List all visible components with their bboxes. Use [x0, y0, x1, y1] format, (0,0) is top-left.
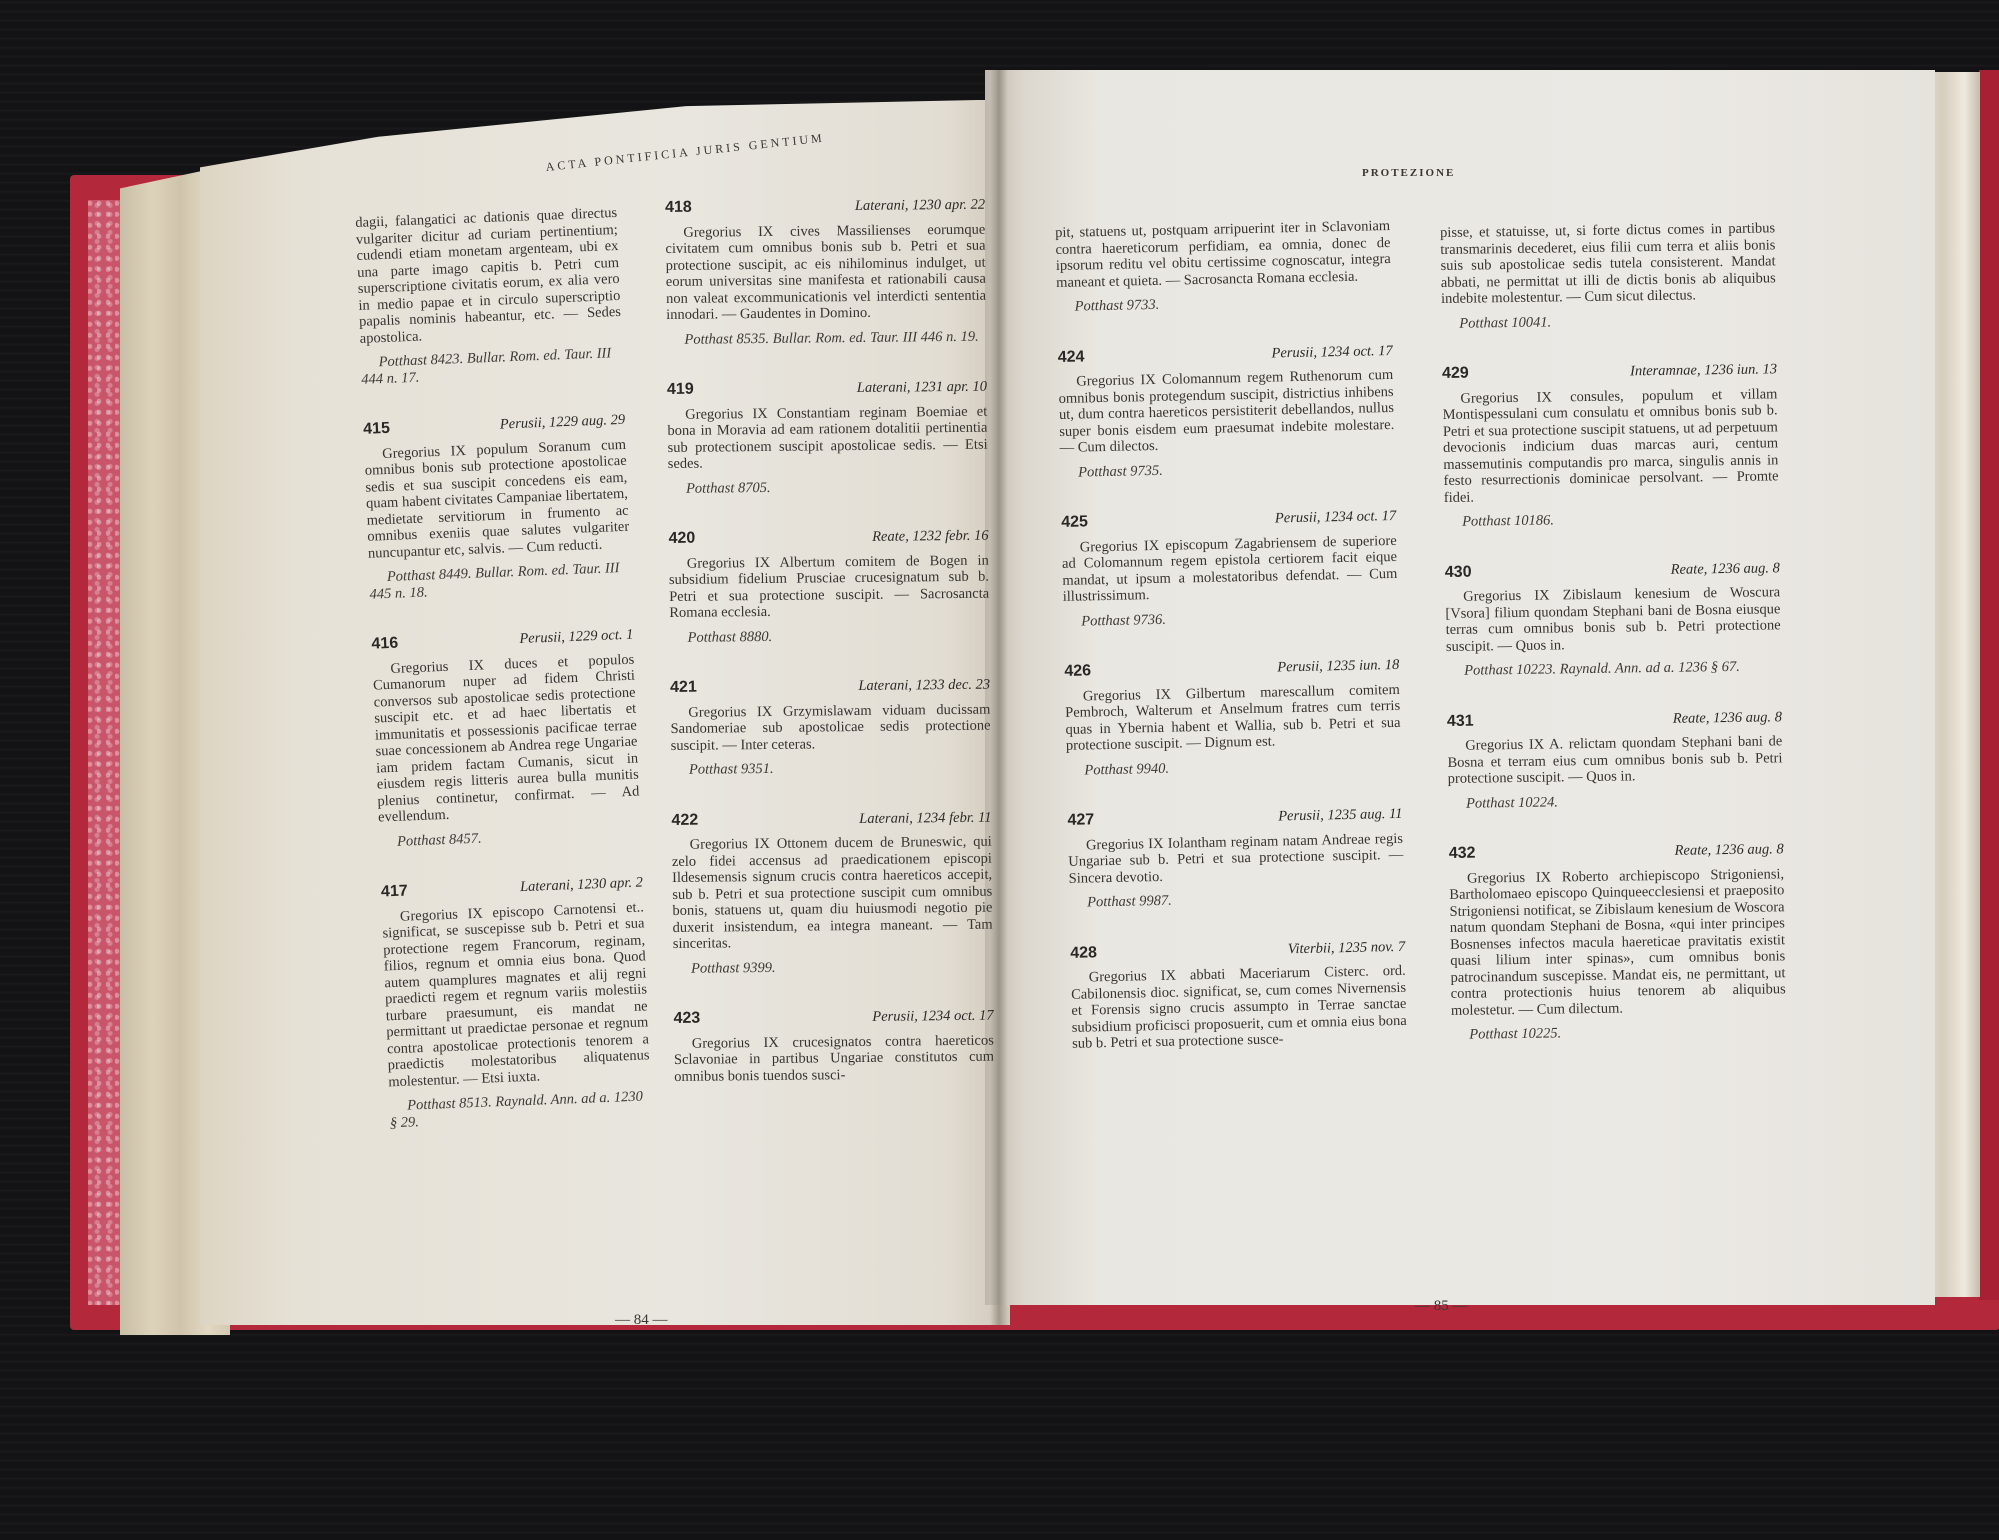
entry-423: 423 Perusii, 1234 oct. 17 Gregorius IX c… — [673, 1008, 994, 1085]
entry-reference: Potthast 10186. — [1444, 509, 1779, 530]
entry-place-date: Reate, 1236 aug. 8 — [1671, 560, 1780, 578]
entry-body: Gregorius IX Roberto archiepiscopo Strig… — [1449, 866, 1786, 1019]
entry-body: Gregorius IX crucesignatos contra haeret… — [674, 1032, 995, 1085]
entry-number: 423 — [673, 1011, 700, 1028]
entry-place-date: Laterani, 1231 apr. 10 — [857, 379, 987, 397]
entry-reference: Potthast 9987. — [1069, 888, 1404, 912]
entry-body: Gregorius IX populum Soranum cum omnibus… — [364, 436, 630, 561]
entry-number: 415 — [363, 421, 390, 439]
continuation-text: dagii, falangatici ac dationis quae dire… — [355, 205, 622, 347]
entry-reference: Potthast 8880. — [669, 626, 989, 646]
entry-number: 419 — [667, 382, 694, 399]
entry-place-date: Viterbii, 1235 nov. 7 — [1288, 938, 1406, 957]
entry-number: 425 — [1061, 514, 1088, 531]
entry-body: Gregorius IX Iolantham reginam natam And… — [1068, 830, 1404, 887]
entry-reference: Potthast 8457. — [379, 824, 641, 851]
entry-418: 418 Laterani, 1230 apr. 22 Gregorius IX … — [665, 197, 987, 348]
entry-416: 416 Perusii, 1229 oct. 1 Gregorius IX du… — [371, 627, 641, 851]
entry-body: Gregorius IX Ottonem ducem de Bruneswic,… — [672, 834, 993, 953]
entry-reference: Potthast 8513. Raynald. Ann. ad a. 1230 … — [389, 1088, 652, 1131]
entry-number: 431 — [1447, 713, 1474, 730]
entry-427: 427 Perusii, 1235 aug. 11 Gregorius IX I… — [1067, 806, 1404, 911]
column-d: pisse, et statuisse, ut, si forte dictus… — [1440, 220, 1787, 1077]
entry-place-date: Laterani, 1230 apr. 2 — [520, 874, 643, 895]
entry-reference: Potthast 8535. Bullar. Rom. ed. Taur. II… — [666, 328, 986, 348]
entry-428: 428 Viterbii, 1235 nov. 7 Gregorius IX a… — [1070, 938, 1407, 1052]
entry-place-date: Laterani, 1230 apr. 22 — [855, 197, 985, 215]
column-b: 418 Laterani, 1230 apr. 22 Gregorius IX … — [665, 197, 995, 1119]
entry-422: 422 Laterani, 1234 febr. 11 Gregorius IX… — [671, 809, 993, 977]
entry-body: Gregorius IX abbati Maceriarum Cisterc. … — [1071, 963, 1408, 1052]
entry-body: Gregorius IX episcopum Zagabriensem de s… — [1062, 532, 1398, 605]
entry-place-date: Laterani, 1234 febr. 11 — [859, 809, 991, 827]
entry-number: 424 — [1058, 349, 1085, 366]
book-gutter — [990, 70, 1008, 1325]
entry-body: Gregorius IX Zibislaum kenesium de Woscu… — [1445, 584, 1781, 655]
entry-number: 432 — [1449, 846, 1476, 863]
entry-body: Gregorius IX Grzymislawam viduam ducissa… — [670, 701, 991, 754]
entry-reference: Potthast 9735. — [1060, 457, 1395, 481]
entry-419: 419 Laterani, 1231 apr. 10 Gregorius IX … — [667, 379, 988, 497]
entry-place-date: Perusii, 1234 oct. 17 — [1275, 508, 1397, 527]
entry-reference: Potthast 9736. — [1063, 606, 1398, 630]
entry-number: 422 — [671, 812, 698, 829]
entry-place-date: Reate, 1236 aug. 8 — [1675, 841, 1784, 859]
entry-430: 430 Reate, 1236 aug. 8 Gregorius IX Zibi… — [1445, 560, 1782, 680]
entry-number: 416 — [371, 636, 398, 654]
entry-place-date: Perusii, 1234 oct. 17 — [872, 1008, 993, 1026]
entry-body: Gregorius IX Colomannum regem Ruthenorum… — [1058, 367, 1395, 456]
continuation-text: pisse, et statuisse, ut, si forte dictus… — [1440, 220, 1776, 307]
entry-body: Gregorius IX Gilbertum marescallum comit… — [1065, 681, 1401, 754]
entry-number: 426 — [1064, 663, 1091, 680]
entry-number: 427 — [1067, 812, 1094, 829]
entry-reference: Potthast 10224. — [1448, 791, 1783, 812]
cover-right-edge — [1979, 70, 1999, 1300]
entry-place-date: Interamnae, 1236 iun. 13 — [1630, 361, 1777, 380]
entry-place-date: Perusii, 1229 aug. 29 — [500, 412, 626, 433]
entry-body: Gregorius IX cives Massilienses eorumque… — [665, 221, 986, 323]
entry-number: 417 — [381, 883, 408, 901]
entry-reference: Potthast 8449. Bullar. Rom. ed. Taur. II… — [369, 560, 632, 603]
entry-number: 430 — [1445, 564, 1472, 581]
entry-number: 428 — [1070, 945, 1097, 962]
entry-number: 420 — [668, 531, 695, 548]
entry-reference: Potthast 8705. — [668, 477, 988, 497]
entry-417: 417 Laterani, 1230 apr. 2 Gregorius IX e… — [381, 874, 652, 1131]
entry-place-date: Perusii, 1234 oct. 17 — [1271, 342, 1393, 361]
entry-place-date: Reate, 1232 febr. 16 — [872, 528, 989, 546]
entry-place-date: Laterani, 1233 dec. 23 — [858, 677, 990, 695]
entry-body: Gregorius IX consules, populum et villam… — [1442, 386, 1779, 506]
entry-reference: Potthast 9351. — [671, 759, 991, 779]
column-c: pit, statuens ut, postquam arripuerint i… — [1055, 218, 1408, 1086]
entry-body: Gregorius IX Constantiam reginam Boemiae… — [667, 403, 988, 472]
entry-reference: Potthast 10225. — [1451, 1022, 1786, 1043]
continuation-text: pit, statuens ut, postquam arripuerint i… — [1055, 218, 1391, 291]
entry-number: 429 — [1442, 366, 1469, 383]
entry-reference: Potthast 9940. — [1066, 755, 1401, 779]
page-number-left: — 84 — — [615, 1312, 668, 1329]
column-a: dagii, falangatici ac dationis quae dire… — [355, 205, 653, 1165]
entry-body: Gregorius IX duces et populos Cumanorum … — [372, 651, 640, 826]
entry-425: 425 Perusii, 1234 oct. 17 Gregorius IX e… — [1061, 508, 1398, 630]
entry-431: 431 Reate, 1236 aug. 8 Gregorius IX A. r… — [1447, 709, 1783, 812]
entry-420: 420 Reate, 1232 febr. 16 Gregorius IX Al… — [668, 528, 989, 646]
entry-place-date: Reate, 1236 aug. 8 — [1673, 709, 1782, 727]
entry-421: 421 Laterani, 1233 dec. 23 Gregorius IX … — [670, 677, 991, 779]
entry-number: 418 — [665, 200, 692, 217]
entry-429: 429 Interamnae, 1236 iun. 13 Gregorius I… — [1442, 361, 1779, 530]
entry-body: Gregorius IX Albertum comitem de Bogen i… — [669, 552, 990, 621]
entry-place-date: Perusii, 1235 aug. 11 — [1278, 806, 1403, 825]
entry-place-date: Perusii, 1229 oct. 1 — [519, 627, 634, 648]
entry-body: Gregorius IX episcopo Carnotensi et.. si… — [382, 899, 651, 1090]
entry-426: 426 Perusii, 1235 iun. 18 Gregorius IX G… — [1064, 657, 1401, 779]
entry-432: 432 Reate, 1236 aug. 8 Gregorius IX Robe… — [1449, 841, 1787, 1043]
entry-body: Gregorius IX A. relictam quondam Stephan… — [1447, 733, 1783, 787]
running-head-right: PROTEZIONE — [1362, 167, 1455, 179]
entry-424: 424 Perusii, 1234 oct. 17 Gregorius IX C… — [1058, 342, 1396, 480]
entry-number: 421 — [670, 680, 697, 697]
entry-place-date: Perusii, 1235 iun. 18 — [1277, 657, 1399, 676]
entry-reference: Potthast 9399. — [673, 957, 993, 977]
page-number-right: — 85 — — [1415, 1298, 1468, 1315]
entry-415: 415 Perusii, 1229 aug. 29 Gregorius IX p… — [363, 412, 632, 603]
entry-reference: Potthast 10223. Raynald. Ann. ad a. 1236… — [1446, 658, 1781, 679]
